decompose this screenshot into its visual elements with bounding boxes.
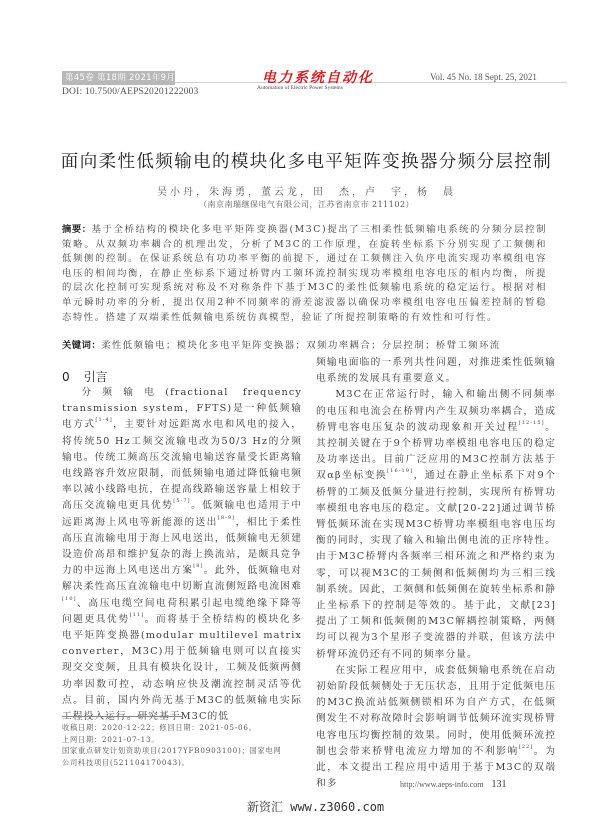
paper-title: 面向柔性低频输电的模块化多电平矩阵变换器分频分层控制 <box>0 148 613 173</box>
page-number: 131 <box>491 779 506 790</box>
footnote-line: 国家重点研发计划资助项目(2017YFB0903100)；国家电网 <box>62 745 302 757</box>
issue-info-bar: 第45卷 第18期 2021年9月25日 <box>62 71 175 85</box>
footnote-rule <box>62 716 182 717</box>
keywords-label: 关键词： <box>62 340 101 351</box>
citation-ref: [16-19] <box>387 468 413 474</box>
citation-ref: [5-7] <box>173 498 190 504</box>
keywords-text: 柔性低频输电；模块化多电平矩阵变换器；双频功率耦合；分层控制；桥臂工频环流 <box>101 340 501 351</box>
citation-ref: [8-9] <box>218 515 235 521</box>
body-paragraph: 在实际工程应用中，成套低频输电系统在启动初始阶段低频侧处于无压状态，且用于定低频… <box>316 663 556 793</box>
section-title: 引言 <box>84 370 108 384</box>
paper-authors: 吴小丹，朱海勇，董云龙，田 杰，卢 宇，杨 晨 <box>0 183 613 198</box>
footnote-line: 公司科技项目(521104170043)。 <box>62 757 302 769</box>
citation-ref: [1-4] <box>95 417 112 423</box>
footnote-line: 上网日期：2021-07-13。 <box>62 734 302 746</box>
section-heading: 0引言 <box>62 368 108 385</box>
citation-ref: [22] <box>519 744 534 750</box>
abstract-text: 基于全桥结构的模块化多电平矩阵变换器(M3C)提出了三相柔性低频输电系统的分频分… <box>62 224 547 323</box>
footnote: 收稿日期：2020-12-22；修回日期：2021-05-06。 上网日期：20… <box>62 722 302 768</box>
keywords: 关键词：柔性低频输电；模块化多电平矩阵变换器；双频功率耦合；分层控制；桥臂工频环… <box>62 337 552 351</box>
body-paragraph: 分频输电(fractional frequency transmission s… <box>62 385 302 725</box>
abstract: 摘要：基于全桥结构的模块化多电平矩阵变换器(M3C)提出了三相柔性低频输电系统的… <box>62 223 547 325</box>
journal-logo-en: Automation of Electric Power Systems <box>257 85 343 91</box>
body-column-left: 分频输电(fractional frequency transmission s… <box>62 385 302 725</box>
page-footer: http://www.aeps-info.com131 <box>400 779 506 790</box>
body-column-right: 频输电面临的一系列共性问题，对推进柔性低频输电系统的发展具有重要意义。M3C在正… <box>316 355 556 792</box>
paper-affiliation: （南京南瑞继保电气有限公司，江苏省南京市 211102） <box>0 199 613 210</box>
body-paragraph: 频输电面临的一系列共性问题，对推进柔性低频输电系统的发展具有重要意义。 <box>316 355 556 387</box>
journal-url: http://www.aeps-info.com <box>400 780 483 789</box>
journal-logo-cn: 电力系统自动化 <box>262 67 374 87</box>
citation-ref: [11] <box>130 612 145 618</box>
citation-ref: [10] <box>62 596 77 602</box>
citation-ref: [12-15] <box>519 420 545 426</box>
body-paragraph: M3C在正常运行时，输入和输出侧不同频率的电压和电流会在桥臂内产生双频功率耦合，… <box>316 387 556 662</box>
footnote-line: 收稿日期：2020-12-22；修回日期：2021-05-06。 <box>62 722 302 734</box>
abstract-label: 摘要： <box>62 224 92 235</box>
doi-text: DOI: 10.7500/AEPS20201222003 <box>62 87 199 97</box>
citation-ref: [8] <box>193 563 203 569</box>
watermark: 新资汇 www.z3060.com <box>247 798 384 815</box>
section-number: 0 <box>62 370 70 384</box>
volume-info: Vol. 45 No. 18 Sept. 25, 2021 <box>430 72 537 82</box>
